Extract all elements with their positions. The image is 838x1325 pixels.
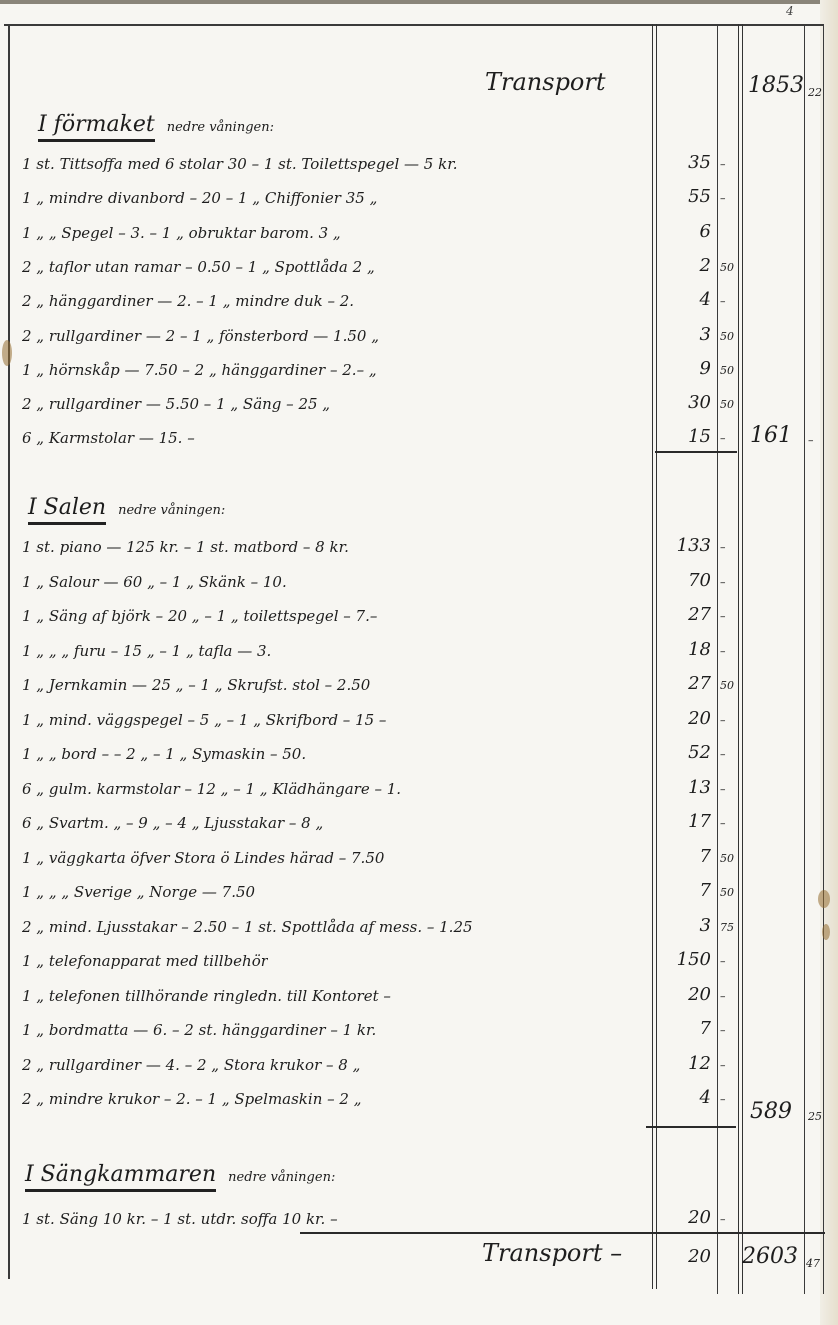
row-description: 1 st. Tittsoffa med 6 stolar 30 – 1 st. …	[22, 154, 458, 174]
row-description: 2 „ rullgardiner — 2 – 1 „ fönsterbord —…	[22, 326, 379, 346]
row-amount-kronor: 27	[655, 604, 711, 625]
row-description: 1 „ väggkarta öfver Stora ö Lindes härad…	[22, 848, 384, 868]
row-amount-kronor: 4	[655, 1087, 711, 1108]
row-amount-ore: –	[720, 714, 726, 727]
transport-out-label: Transport –	[482, 1243, 622, 1263]
ledger-row: 1 „ väggkarta öfver Stora ö Lindes härad…	[0, 846, 820, 872]
ledger-row: 1 „ Jernkamin — 25 „ – 1 „ Skrufst. stol…	[0, 673, 820, 699]
ledger-page: 4 Transport 1853 22 I förmaketnedre våni…	[0, 0, 838, 1325]
row-amount-kronor: 6	[655, 221, 711, 242]
section-room-name: I Sängkammaren	[25, 1162, 216, 1192]
ledger-row: 1 „ „ bord – – 2 „ – 1 „ Symaskin – 50.5…	[0, 742, 820, 768]
subtotal-rule	[655, 451, 737, 453]
transport-rule	[300, 1232, 825, 1234]
row-description: 2 „ mindre krukor – 2. – 1 „ Spelmaskin …	[22, 1089, 361, 1109]
row-amount-kronor: 30	[655, 392, 711, 413]
row-amount-kronor: 12	[655, 1053, 711, 1074]
row-amount-ore: 50	[720, 886, 734, 899]
ledger-row: 1 „ Säng af björk – 20 „ – 1 „ toilettsp…	[0, 604, 820, 630]
row-amount-ore: 50	[720, 679, 734, 692]
ledger-row: 2 „ taflor utan ramar – 0.50 – 1 „ Spott…	[0, 255, 820, 281]
section-heading: I förmaketnedre våningen:	[38, 112, 274, 137]
ledger-row: 1 st. Tittsoffa med 6 stolar 30 – 1 st. …	[0, 152, 820, 178]
ledger-row: 1 st. piano — 125 kr. – 1 st. matbord – …	[0, 535, 820, 561]
ledger-row: 6 „ gulm. karmstolar – 12 „ – 1 „ Klädhä…	[0, 777, 820, 803]
page-top-edge	[0, 0, 838, 4]
row-amount-kronor: 55	[655, 186, 711, 207]
row-amount-ore: –	[720, 1059, 726, 1072]
row-amount-ore: –	[720, 192, 726, 205]
ledger-row: 1 st. Säng 10 kr. – 1 st. utdr. soffa 10…	[0, 1207, 820, 1233]
ledger-row: 6 „ Svartm. „ – 9 „ – 4 „ Ljusstakar – 8…	[0, 811, 820, 837]
row-description: 1 st. piano — 125 kr. – 1 st. matbord – …	[22, 537, 349, 557]
row-amount-kronor: 52	[655, 742, 711, 763]
row-amount-kronor: 9	[655, 358, 711, 379]
row-description: 1 „ „ „ Sverige „ Norge — 7.50	[22, 882, 255, 902]
ledger-row: 2 „ mind. Ljusstakar – 2.50 – 1 st. Spot…	[0, 915, 820, 941]
row-description: 1 „ „ „ furu – 15 „ – 1 „ tafla — 3.	[22, 641, 271, 661]
ledger-row: 2 „ rullgardiner — 2 – 1 „ fönsterbord —…	[0, 324, 820, 350]
row-description: 1 „ Salour — 60 „ – 1 „ Skänk – 10.	[22, 572, 287, 592]
transport-in-kronor: 1853	[748, 76, 804, 96]
section-room-name: I Salen	[28, 495, 106, 525]
row-description: 1 „ bordmatta — 6. – 2 st. hänggardiner …	[22, 1020, 376, 1040]
ledger-row: 1 „ telefonen tillhörande ringledn. till…	[0, 984, 820, 1010]
transport-out-kronor: 2603	[742, 1247, 798, 1267]
row-amount-ore: –	[720, 955, 726, 968]
row-amount-kronor: 15	[655, 426, 711, 447]
row-amount-ore: –	[720, 1093, 726, 1106]
row-amount-ore: –	[720, 645, 726, 658]
row-amount-ore: 75	[720, 921, 734, 934]
ledger-row: 1 „ hörnskåp — 7.50 – 2 „ hänggardiner –…	[0, 358, 820, 384]
row-description: 1 st. Säng 10 kr. – 1 st. utdr. soffa 10…	[22, 1209, 338, 1229]
row-amount-kronor: 13	[655, 777, 711, 798]
row-amount-ore: 50	[720, 261, 734, 274]
row-amount-ore: 50	[720, 364, 734, 377]
column-rule-right	[823, 24, 824, 1294]
row-description: 1 „ mindre divanbord – 20 – 1 „ Chiffoni…	[22, 188, 377, 208]
section-subtotal-kronor: 161	[750, 426, 792, 446]
paper-stain	[822, 924, 830, 940]
row-amount-ore: –	[720, 610, 726, 623]
row-amount-ore: –	[720, 295, 726, 308]
row-amount-ore: 50	[720, 330, 734, 343]
section-floor: nedre våningen:	[118, 503, 225, 518]
row-amount-ore: 50	[720, 398, 734, 411]
section-subtotal-kronor: 589	[750, 1102, 792, 1122]
row-amount-ore: –	[720, 748, 726, 761]
section-room-name: I förmaket	[38, 112, 155, 142]
ledger-row: 2 „ hänggardiner — 2. – 1 „ mindre duk –…	[0, 289, 820, 315]
ledger-row: 2 „ mindre krukor – 2. – 1 „ Spelmaskin …	[0, 1087, 820, 1113]
row-amount-kronor: 7	[655, 1018, 711, 1039]
row-description: 2 „ taflor utan ramar – 0.50 – 1 „ Spott…	[22, 257, 375, 277]
ledger-row: 1 „ telefonapparat med tillbehör150–	[0, 949, 820, 975]
row-description: 1 „ mind. väggspegel – 5 „ – 1 „ Skrifbo…	[22, 710, 386, 730]
row-amount-kronor: 7	[655, 846, 711, 867]
row-amount-ore: –	[720, 158, 726, 171]
row-amount-kronor: 2	[655, 255, 711, 276]
row-amount-ore: 50	[720, 852, 734, 865]
row-amount-ore: –	[720, 432, 726, 445]
row-description: 1 „ hörnskåp — 7.50 – 2 „ hänggardiner –…	[22, 360, 377, 380]
transport-in-ore: 22	[808, 86, 822, 99]
row-amount-ore: –	[720, 576, 726, 589]
row-amount-ore: –	[720, 990, 726, 1003]
row-description: 6 „ Svartm. „ – 9 „ – 4 „ Ljusstakar – 8…	[22, 813, 323, 833]
row-amount-kronor: 3	[655, 915, 711, 936]
frame-top-rule	[4, 24, 824, 26]
section-floor: nedre våningen:	[167, 120, 274, 135]
row-description: 2 „ rullgardiner — 5.50 – 1 „ Säng – 25 …	[22, 394, 330, 414]
ledger-row: 1 „ „ Spegel – 3. – 1 „ obruktar barom. …	[0, 221, 820, 247]
row-description: 1 „ „ bord – – 2 „ – 1 „ Symaskin – 50.	[22, 744, 306, 764]
section-heading: I Sängkammarennedre våningen:	[25, 1162, 335, 1187]
section-heading: I Salennedre våningen:	[28, 495, 225, 520]
row-amount-ore: –	[720, 1024, 726, 1037]
row-description: 6 „ Karmstolar — 15. –	[22, 428, 195, 448]
ledger-row: 2 „ rullgardiner — 4. – 2 „ Stora krukor…	[0, 1053, 820, 1079]
subtotal-rule	[646, 1126, 736, 1128]
row-amount-kronor: 7	[655, 880, 711, 901]
row-amount-kronor: 20	[655, 984, 711, 1005]
row-description: 2 „ mind. Ljusstakar – 2.50 – 1 st. Spot…	[22, 917, 473, 937]
row-description: 1 „ telefonen tillhörande ringledn. till…	[22, 986, 391, 1006]
row-amount-kronor: 20	[655, 708, 711, 729]
row-description: 1 „ „ Spegel – 3. – 1 „ obruktar barom. …	[22, 223, 341, 243]
row-amount-kronor: 18	[655, 639, 711, 660]
ledger-row: 6 „ Karmstolar — 15. –15–	[0, 426, 820, 452]
row-amount-kronor: 70	[655, 570, 711, 591]
row-description: 2 „ hänggardiner — 2. – 1 „ mindre duk –…	[22, 291, 354, 311]
row-amount-ore: –	[720, 541, 726, 554]
row-amount-kronor: 4	[655, 289, 711, 310]
section-subtotal-ore: 25	[808, 1110, 822, 1123]
row-amount-kronor: 3	[655, 324, 711, 345]
ledger-row: 1 „ „ „ furu – 15 „ – 1 „ tafla — 3.18–	[0, 639, 820, 665]
row-amount-ore: –	[720, 1213, 726, 1226]
transport-in-label: Transport	[485, 72, 606, 92]
row-amount-kronor: 35	[655, 152, 711, 173]
ledger-row: 2 „ rullgardiner — 5.50 – 1 „ Säng – 25 …	[0, 392, 820, 418]
row-description: 2 „ rullgardiner — 4. – 2 „ Stora krukor…	[22, 1055, 360, 1075]
page-number: 4	[786, 4, 794, 18]
row-amount-ore: –	[720, 817, 726, 830]
row-amount-ore: –	[720, 783, 726, 796]
transport-out-section-kronor: 20	[655, 1246, 711, 1267]
section-floor: nedre våningen:	[228, 1170, 335, 1185]
ledger-row: 1 „ Salour — 60 „ – 1 „ Skänk – 10.70–	[0, 570, 820, 596]
row-amount-kronor: 20	[655, 1207, 711, 1228]
row-description: 1 „ Jernkamin — 25 „ – 1 „ Skrufst. stol…	[22, 675, 370, 695]
row-description: 1 „ Säng af björk – 20 „ – 1 „ toilettsp…	[22, 606, 377, 626]
ledger-row: 1 „ bordmatta — 6. – 2 st. hänggardiner …	[0, 1018, 820, 1044]
ledger-row: 1 „ mind. väggspegel – 5 „ – 1 „ Skrifbo…	[0, 708, 820, 734]
section-subtotal-ore: –	[808, 434, 814, 447]
ledger-row: 1 „ mindre divanbord – 20 – 1 „ Chiffoni…	[0, 186, 820, 212]
row-description: 6 „ gulm. karmstolar – 12 „ – 1 „ Klädhä…	[22, 779, 401, 799]
row-description: 1 „ telefonapparat med tillbehör	[22, 951, 268, 971]
ledger-row: 1 „ „ „ Sverige „ Norge — 7.50750	[0, 880, 820, 906]
row-amount-kronor: 17	[655, 811, 711, 832]
row-amount-kronor: 27	[655, 673, 711, 694]
row-amount-kronor: 150	[655, 949, 711, 970]
row-amount-kronor: 133	[655, 535, 711, 556]
transport-out-ore: 47	[806, 1257, 820, 1270]
